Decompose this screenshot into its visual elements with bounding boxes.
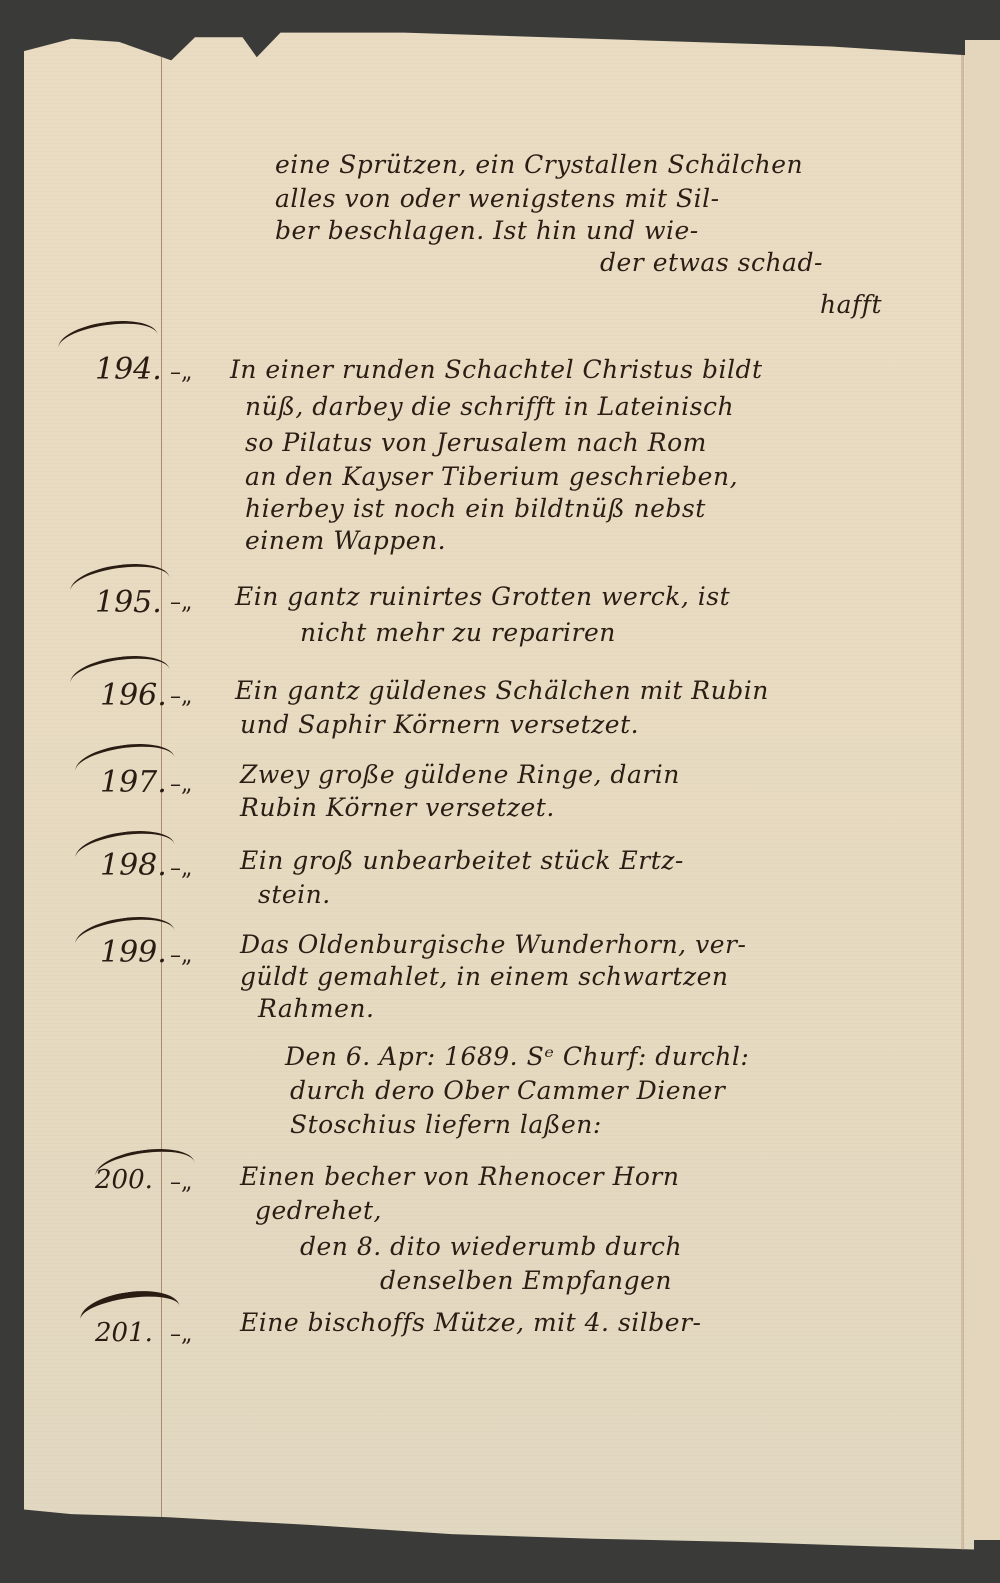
entry-number: 196. <box>100 678 167 713</box>
entry-marker: –„ <box>170 1322 192 1347</box>
text-line: Rubin Körner versetzet. <box>240 793 555 822</box>
page-fold-edge <box>961 28 963 1568</box>
entry-marker: –„ <box>170 1170 192 1195</box>
text-line: Den 6. Apr: 1689. Sᵉ Churf: durchl: <box>285 1042 749 1071</box>
text-line: Zwey große güldene Ringe, darin <box>240 760 680 789</box>
text-line: alles von oder wenigstens mit Sil- <box>275 184 720 213</box>
entry-number: 201. <box>95 1318 153 1348</box>
entry-marker: –„ <box>170 360 192 385</box>
entry-number: 199. <box>100 935 167 970</box>
text-line: durch dero Ober Cammer Diener <box>290 1076 725 1105</box>
text-line: einem Wappen. <box>245 526 446 555</box>
text-line: Stoschius liefern laßen: <box>290 1110 602 1139</box>
text-line: Eine bischoffs Mütze, mit 4. silber- <box>240 1308 701 1337</box>
entry-number: 197. <box>100 765 167 800</box>
text-line: an den Kayser Tiberium geschrieben, <box>245 462 738 491</box>
text-line: nüß, darbey die schrifft in Lateinisch <box>245 392 734 421</box>
entry-marker: –„ <box>170 684 192 709</box>
text-line: hafft <box>820 290 882 319</box>
text-line: so Pilatus von Jerusalem nach Rom <box>245 428 707 457</box>
entry-number: 194. <box>95 352 162 387</box>
adjacent-page-edge <box>965 40 1000 1540</box>
entry-number: 200. <box>95 1165 153 1195</box>
entry-marker: –„ <box>170 772 192 797</box>
text-line: stein. <box>258 880 331 909</box>
text-line: gedrehet, <box>255 1196 382 1225</box>
text-line: den 8. dito wiederumb durch <box>300 1232 682 1261</box>
text-line: ber beschlagen. Ist hin und wie- <box>275 216 699 245</box>
text-line: eine Sprützen, ein Crystallen Schälchen <box>275 150 803 179</box>
text-line: In einer runden Schachtel Christus bildt <box>230 355 763 384</box>
text-line: güldt gemahlet, in einem schwartzen <box>240 962 729 991</box>
text-line: Ein groß unbearbeitet stück Ertz- <box>240 846 684 875</box>
entry-number: 198. <box>100 848 167 883</box>
entry-number: 195. <box>95 585 162 620</box>
text-line: nicht mehr zu repariren <box>300 618 616 647</box>
entry-marker: –„ <box>170 590 192 615</box>
text-line: hierbey ist noch ein bildtnüß nebst <box>245 494 706 523</box>
entry-marker: –„ <box>170 943 192 968</box>
text-line: Ein gantz ruinirtes Grotten werck, ist <box>235 582 730 611</box>
text-line: Das Oldenburgische Wunderhorn, ver- <box>240 930 746 959</box>
text-line: Ein gantz güldenes Schälchen mit Rubin <box>235 676 769 705</box>
text-line: und Saphir Körnern versetzet. <box>240 710 639 739</box>
text-line: Rahmen. <box>258 994 374 1023</box>
text-line: Einen becher von Rhenocer Horn <box>240 1162 679 1191</box>
text-line: der etwas schad- <box>600 248 823 277</box>
text-line: denselben Empfangen <box>380 1266 672 1295</box>
entry-marker: –„ <box>170 856 192 881</box>
